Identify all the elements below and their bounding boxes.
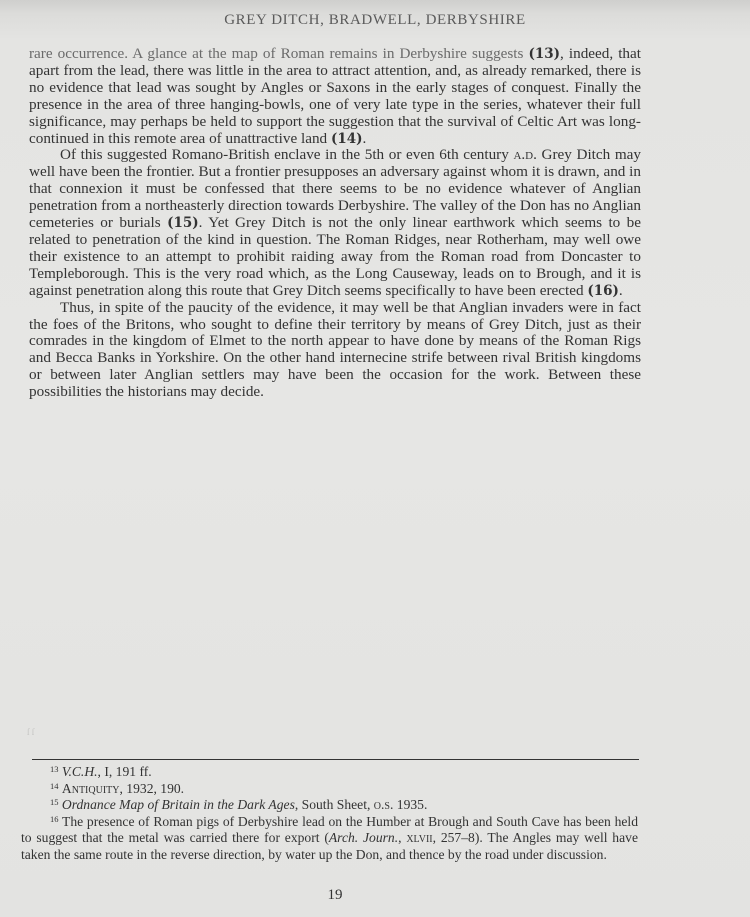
footnote-number: 14 <box>50 781 59 791</box>
page-smudge-mark: ſ ſ <box>27 727 34 737</box>
footnote: 14 Antiquity, 1932, 190. <box>21 781 638 798</box>
footnote-divider <box>32 759 639 760</box>
body-text: rare occurrence. A glance at the map of … <box>29 46 641 401</box>
footnote-reference: (15) <box>167 215 199 231</box>
page-number: 19 <box>0 887 670 904</box>
footnote-number: 13 <box>50 764 59 774</box>
footnote: 16 The presence of Roman pigs of Derbysh… <box>21 814 638 864</box>
footnote-reference: (13) <box>528 46 560 62</box>
footnote-reference: (14) <box>331 131 363 147</box>
running-head: Grey Ditch, Bradwell, Derbyshire <box>0 12 750 29</box>
footnote-number: 15 <box>50 797 59 807</box>
paragraph: rare occurrence. A glance at the map of … <box>29 46 641 147</box>
paragraph: Of this suggested Romano-British enclave… <box>29 147 641 299</box>
footnote-reference: (16) <box>587 283 619 299</box>
book-page: Grey Ditch, Bradwell, Derbyshire rare oc… <box>0 0 750 917</box>
footnote: 13 V.C.H., I, 191 ff. <box>21 764 638 781</box>
footnote-number: 16 <box>50 814 59 824</box>
footnote: 15 Ordnance Map of Britain in the Dark A… <box>21 797 638 814</box>
paragraph: Thus, in spite of the paucity of the evi… <box>29 300 641 401</box>
footnotes: 13 V.C.H., I, 191 ff. 14 Antiquity, 1932… <box>21 764 638 864</box>
